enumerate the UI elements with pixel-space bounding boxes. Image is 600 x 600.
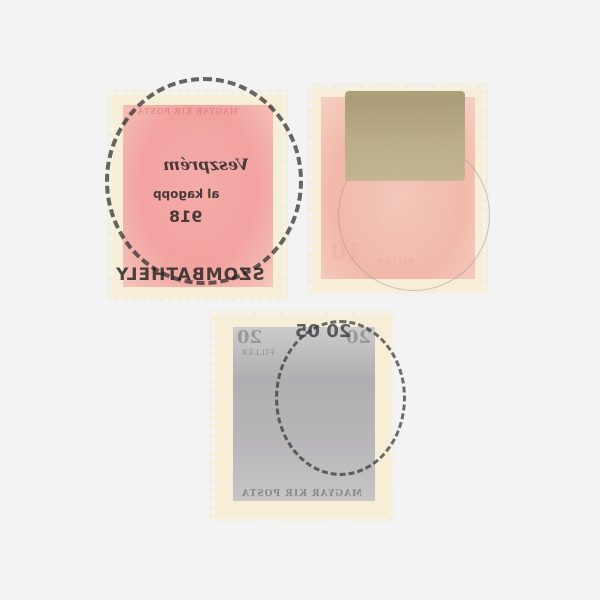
stamp-red-postmarked: MAGYAR KIR POSTA FILLÉR Veszprém al kago… [108, 90, 288, 302]
stamp-denomination-left: 20 [237, 327, 262, 348]
stamp-paper: 20 20 FILLÉR MAGYAR KIR POSTA 20 05 [215, 315, 389, 517]
postmark-ring-text: SZOMBATHELY [115, 265, 265, 285]
stamp-hinge [345, 91, 465, 181]
postmark-line-3: 918 [169, 207, 202, 226]
stamp-gray-postmarked: 20 20 FILLÉR MAGYAR KIR POSTA 20 05 [210, 310, 394, 522]
stamp-red-hinged: 10 FILLÉR [308, 84, 488, 294]
postmark-line-1: Veszprém [163, 155, 249, 174]
postmark-line-2: al kagopp [153, 187, 219, 201]
postmark-date: 20 05 [295, 321, 351, 342]
stamp-paper: MAGYAR KIR POSTA FILLÉR Veszprém al kago… [113, 95, 283, 297]
stamp-top-label: FILLÉR [241, 349, 274, 357]
stamp-bottom-label: MAGYAR KIR POSTA [241, 489, 362, 499]
postmark-circle [105, 77, 303, 285]
postmark-circle [275, 320, 406, 476]
stamp-paper: 10 FILLÉR [313, 89, 483, 289]
